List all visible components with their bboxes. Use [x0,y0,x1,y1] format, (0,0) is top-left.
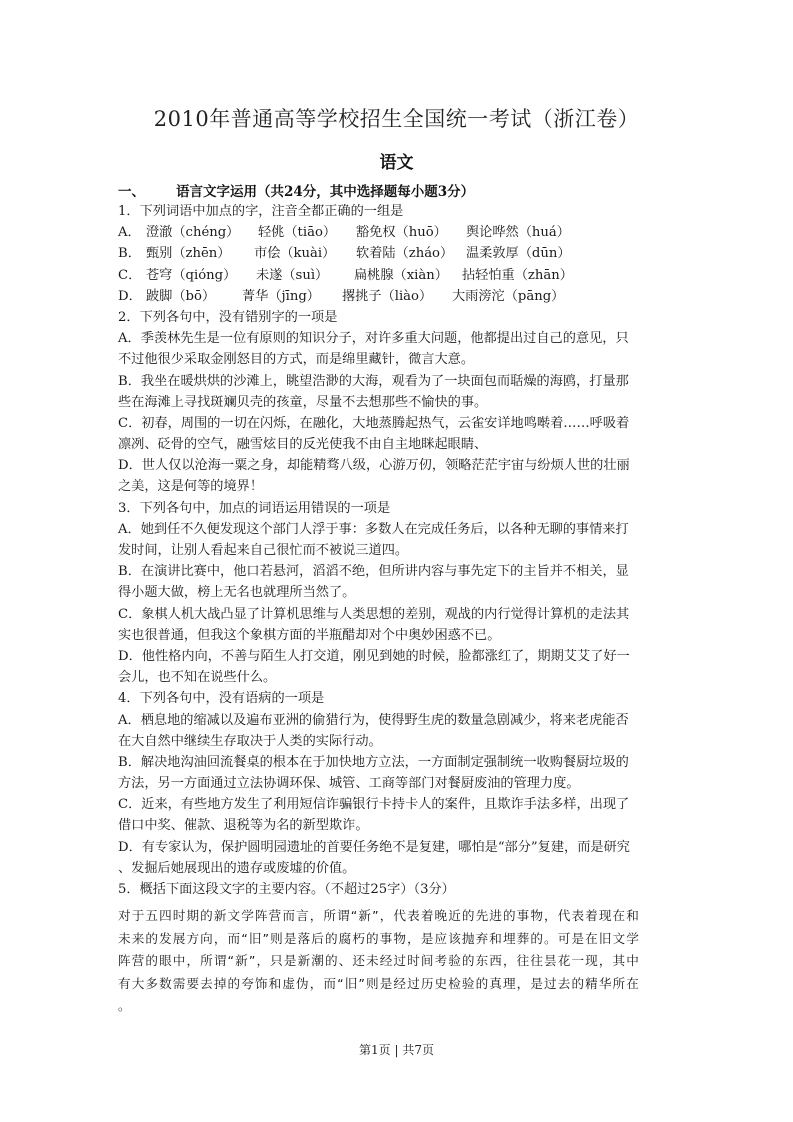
option-label: D． [118,286,146,307]
option-label: B． [118,243,146,264]
question-3-line: 实也很普通，但我这个象棋方面的半瓶醋却对个中奥妙困惑不已。 [118,625,678,646]
question-1-stem: 1．下列词语中加点的字，注音全都正确的一组是 [118,201,678,222]
option-item: 甄别（zhēn） [146,243,254,264]
question-5-stem: 5．概括下面这段文字的主要内容。（不超过25字）（3分） [118,879,678,900]
question-1-option-a: A．澄澈（chéng）轻佻（tiāo）豁免权（huō）舆论哗然（huá） [118,222,678,243]
question-4-line: 借口中奖、催款、退税等为名的新型欺诈。 [118,815,678,836]
question-2-line: C．初春，周围的一切在闪烁，在融化，大地蒸腾起热气，云雀安详地鸣啭着……呼吸着 [118,413,678,434]
option-label: A． [118,222,146,243]
question-2-line: B．我坐在暖烘烘的沙滩上，眺望浩渺的大海，观看为了一块面包而聒燥的海鸥，打量那 [118,371,678,392]
question-4-line: 在大自然中继续生存取决于人类的实际行动。 [118,731,678,752]
question-2-line: 不过他很少采取金刚怒目的方式，而是绵里藏针，微言大意。 [118,349,678,370]
question-4-line: A．栖息地的缩减以及遍布亚洲的偷猎行为，使得野生虎的数量急剧减少，将来老虎能否 [118,710,678,731]
question-2-line: 些在海滩上寻找斑斓贝壳的孩童，尽量不去想那些不愉快的事。 [118,392,678,413]
question-4-line: 、发掘后她展现出的遗存或废墟的价值。 [118,858,678,879]
question-2-line: 凛冽、砭骨的空气，融雪炫目的反光使我不由自主地眯起眼睛、 [118,434,678,455]
question-3-line: 得小题大做，榜上无名也就理所当然了。 [118,582,678,603]
questions-body: 1．下列词语中加点的字，注音全都正确的一组是 A．澄澈（chéng）轻佻（tiā… [118,201,678,900]
question-1-option-b: B．甄别（zhēn）市侩（kuài）软着陆（zháo）温柔敦厚（dūn） [118,243,678,264]
option-item: 软着陆（zháo） [356,243,466,264]
passage-line: 有大多数需要去掉的夸饰和虚伪，而“旧”则是经过历史检验的真理，是过去的精华所在 [118,973,678,996]
reading-passage: 对于五四时期的新文学阵营而言，所谓“新”，代表着晚近的先进的事物，代表着现在和 … [118,905,678,1018]
subject-heading: 语文 [0,148,793,173]
option-item: 大雨滂沱（pāng） [452,286,564,307]
question-4-line: C．近来，有些地方发生了利用短信诈骗银行卡持卡人的案件，且欺诈手法多样，出现了 [118,794,678,815]
option-item: 撂挑子（liào） [342,286,452,307]
question-3-stem: 3．下列各句中，加点的词语运用错误的一项是 [118,498,678,519]
question-3-line: C．象棋人机大战凸显了计算机思维与人类思想的差别，观战的内行觉得计算机的走法其 [118,604,678,625]
document-title: 2010年普通高等学校招生全国统一考试（浙江卷） [0,103,793,133]
question-3-line: D．他性格内向，不善与陌生人打交道，刚见到她的时候，脸都涨红了，期期艾艾了好一 [118,646,678,667]
option-item: 跛脚（bō） [146,286,242,307]
passage-line: 阵营的眼中，所谓“新”，只是新潮的、还未经过时间考验的东西，往往昙花一现，其中 [118,950,678,973]
passage-line: 。 [118,995,678,1018]
question-4-line: B．解决地沟油回流餐桌的根本在于加快地方立法，一方面制定强制统一收购餐厨垃圾的 [118,752,678,773]
option-item: 温柔敦厚（dūn） [466,243,571,264]
question-3-line: 发时间，让别人看起来自己很忙而不被说三道四。 [118,540,678,561]
option-item: 拈轻怕重（zhān） [462,265,573,286]
section-title: 语言文字运用（共24分，其中选择题每小题3分） [176,184,474,200]
passage-line: 未来的发展方向，而“旧”则是落后的腐朽的事物，是应该抛弃和埋葬的。可是在旧文学 [118,928,678,951]
option-item: 扁桃腺（xiàn） [354,265,462,286]
option-item: 轻佻（tiāo） [258,222,356,243]
question-2-stem: 2．下列各句中，没有错别字的一项是 [118,307,678,328]
exam-page: 2010年普通高等学校招生全国统一考试（浙江卷） 语文 一、语言文字运用（共24… [0,0,793,1122]
question-3-line: A．她到任不久便发现这个部门人浮于事：多数人在完成任务后，以各种无聊的事情来打 [118,519,678,540]
question-1-option-c: C．苍穹（qióng）未遂（suì）扁桃腺（xiàn）拈轻怕重（zhān） [118,265,678,286]
question-1-option-d: D．跛脚（bō）菁华（jīng）撂挑子（liào）大雨滂沱（pāng） [118,286,678,307]
option-item: 豁免权（huō） [356,222,466,243]
page-footer: 第1页 | 共7页 [0,1041,793,1058]
question-4-line: 方法，另一方面通过立法协调环保、城管、工商等部门对餐厨废油的管理力度。 [118,773,678,794]
question-2-line: D．世人仅以沧海一粟之身，却能精骛八级，心游万仞，领略茫茫宇宙与纷烦人世的壮丽 [118,455,678,476]
option-item: 苍穹（qióng） [146,265,256,286]
question-4-line: D．有专家认为，保护圆明园遗址的首要任务绝不是复建，哪怕是“部分”复建，而是研究 [118,837,678,858]
option-item: 菁华（jīng） [242,286,342,307]
question-2-line: A．季羡林先生是一位有原则的知识分子，对许多重大问题，他都提出过自己的意见，只 [118,328,678,349]
option-item: 未遂（suì） [256,265,354,286]
option-item: 市侩（kuài） [254,243,356,264]
question-3-line: 会儿，也不知在说些什么。 [118,667,678,688]
section-heading: 一、语言文字运用（共24分，其中选择题每小题3分） [118,180,474,200]
option-label: C． [118,265,146,286]
option-item: 澄澈（chéng） [146,222,258,243]
section-number: 一、 [118,180,176,200]
option-item: 舆论哗然（huá） [466,222,570,243]
question-3-line: B．在演讲比赛中，他口若悬河，滔滔不绝，但所讲内容与事先定下的主旨并不相关，显 [118,561,678,582]
question-2-line: 之美，这是何等的境界！ [118,476,678,497]
question-4-stem: 4．下列各句中，没有语病的一项是 [118,688,678,709]
passage-line: 对于五四时期的新文学阵营而言，所谓“新”，代表着晚近的先进的事物，代表着现在和 [118,905,678,928]
